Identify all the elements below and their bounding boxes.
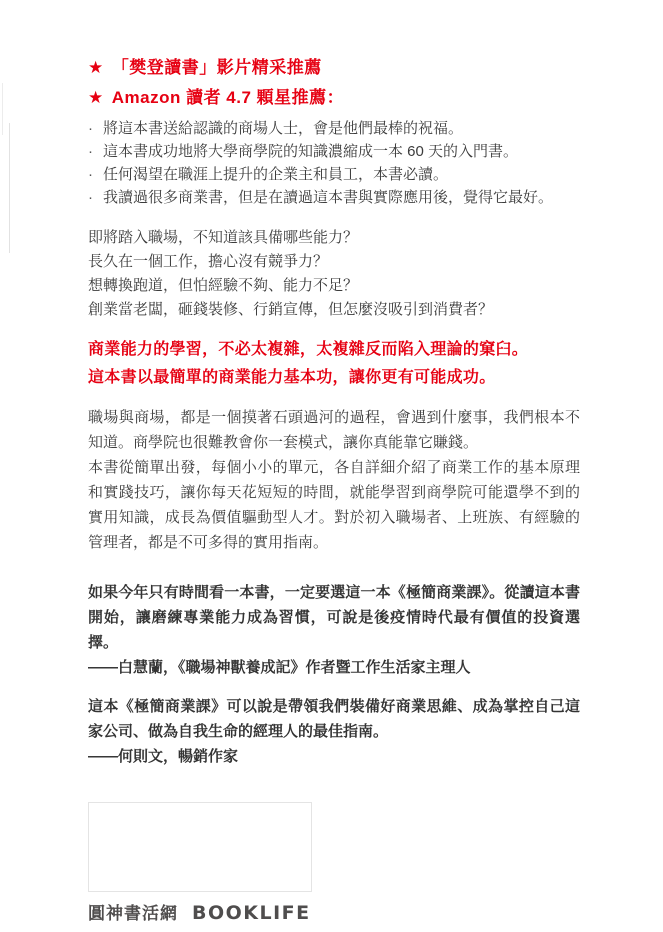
bullet-marker: · <box>88 186 103 209</box>
testimonial-quote: 如果今年只有時間看一本書，一定要選這一本《極簡商業課》。從讀這本書開始，讓磨練專… <box>88 580 580 655</box>
reader-quote: 這本書成功地將大學商學院的知識濃縮成一本 60 天的入門書。 <box>103 140 518 163</box>
list-item: · 任何渴望在職涯上提升的企業主和員工，本書必讀。 <box>88 163 580 186</box>
reader-quote: 我讀過很多商業書，但是在讀過這本書與實際應用後，覺得它最好。 <box>103 186 553 209</box>
star-icon: ★ <box>88 58 104 77</box>
testimonial-attribution: ——何則文，暢銷作家 <box>88 744 580 769</box>
publisher-logo: 圓神書活網 BOOKLIFE <box>88 899 580 924</box>
highlight-heading-video: ★「樊登讀書」影片精采推薦 <box>88 56 580 80</box>
reader-quote: 將這本書送給認識的商場人士，會是他們最棒的祝福。 <box>103 117 463 140</box>
image-placeholder-box <box>88 802 312 892</box>
bullet-marker: · <box>88 140 103 163</box>
question-line: 創業當老闆，砸錢裝修、行銷宣傳，但怎麼沒吸引到消費者？ <box>88 298 580 322</box>
key-message: 商業能力的學習，不必太複雜，太複雜反而陷入理論的窠臼。 這本書以最簡單的商業能力… <box>88 336 580 392</box>
list-item: · 我讀過很多商業書，但是在讀過這本書與實際應用後，覺得它最好。 <box>88 186 580 209</box>
description-paragraph: 職場與商場，都是一個摸著石頭過河的過程，會遇到什麼事，我們根本不知道。商學院也很… <box>88 405 580 455</box>
book-description: 職場與商場，都是一個摸著石頭過河的過程，會遇到什麼事，我們根本不知道。商學院也很… <box>88 405 580 555</box>
key-message-line: 商業能力的學習，不必太複雜，太複雜反而陷入理論的窠臼。 <box>88 336 580 364</box>
highlight-heading-video-label: 「樊登讀書」影片精采推薦 <box>112 58 322 77</box>
testimonial: 這本《極簡商業課》可以說是帶領我們裝備好商業思維、成為掌控自己這家公司、做為自我… <box>88 694 580 769</box>
testimonial-attribution: ——白慧蘭，《職場神獸養成記》作者暨工作生活家主理人 <box>88 655 580 680</box>
question-line: 長久在一個工作，擔心沒有競爭力？ <box>88 250 580 274</box>
publisher-site-name: 圓神書活網 <box>88 899 178 924</box>
bullet-marker: · <box>88 117 103 140</box>
highlight-heading-amazon-label: Amazon 讀者 4.7 顆星推薦： <box>112 88 344 107</box>
page-edge-line <box>9 123 10 253</box>
bullet-marker: · <box>88 163 103 186</box>
list-item: · 將這本書送給認識的商場人士，會是他們最棒的祝福。 <box>88 117 580 140</box>
reader-quote: 任何渴望在職涯上提升的企業主和員工，本書必讀。 <box>103 163 448 186</box>
key-message-line: 這本書以最簡單的商業能力基本功，讓你更有可能成功。 <box>88 364 580 392</box>
highlight-heading-amazon: ★Amazon 讀者 4.7 顆星推薦： <box>88 86 580 110</box>
list-item: · 這本書成功地將大學商學院的知識濃縮成一本 60 天的入門書。 <box>88 140 580 163</box>
testimonial: 如果今年只有時間看一本書，一定要選這一本《極簡商業課》。從讀這本書開始，讓磨練專… <box>88 580 580 680</box>
question-line: 即將踏入職場，不知道該具備哪些能力？ <box>88 226 580 250</box>
reader-quote-list: · 將這本書送給認識的商場人士，會是他們最棒的祝福。 · 這本書成功地將大學商學… <box>88 117 580 209</box>
page-content: ★「樊登讀書」影片精采推薦 ★Amazon 讀者 4.7 顆星推薦： · 將這本… <box>88 0 580 924</box>
book-promo-page: ★「樊登讀書」影片精采推薦 ★Amazon 讀者 4.7 顆星推薦： · 將這本… <box>0 0 663 932</box>
star-icon: ★ <box>88 88 104 107</box>
page-edge-line <box>2 83 3 135</box>
question-line: 想轉換跑道，但怕經驗不夠、能力不足？ <box>88 274 580 298</box>
description-paragraph: 本書從簡單出發，每個小小的單元，各自詳細介紹了商業工作的基本原理和實踐技巧，讓你… <box>88 455 580 555</box>
pain-point-questions: 即將踏入職場，不知道該具備哪些能力？ 長久在一個工作，擔心沒有競爭力？ 想轉換跑… <box>88 226 580 322</box>
testimonial-quote: 這本《極簡商業課》可以說是帶領我們裝備好商業思維、成為掌控自己這家公司、做為自我… <box>88 694 580 744</box>
booklife-logo: BOOKLIFE <box>192 902 311 924</box>
